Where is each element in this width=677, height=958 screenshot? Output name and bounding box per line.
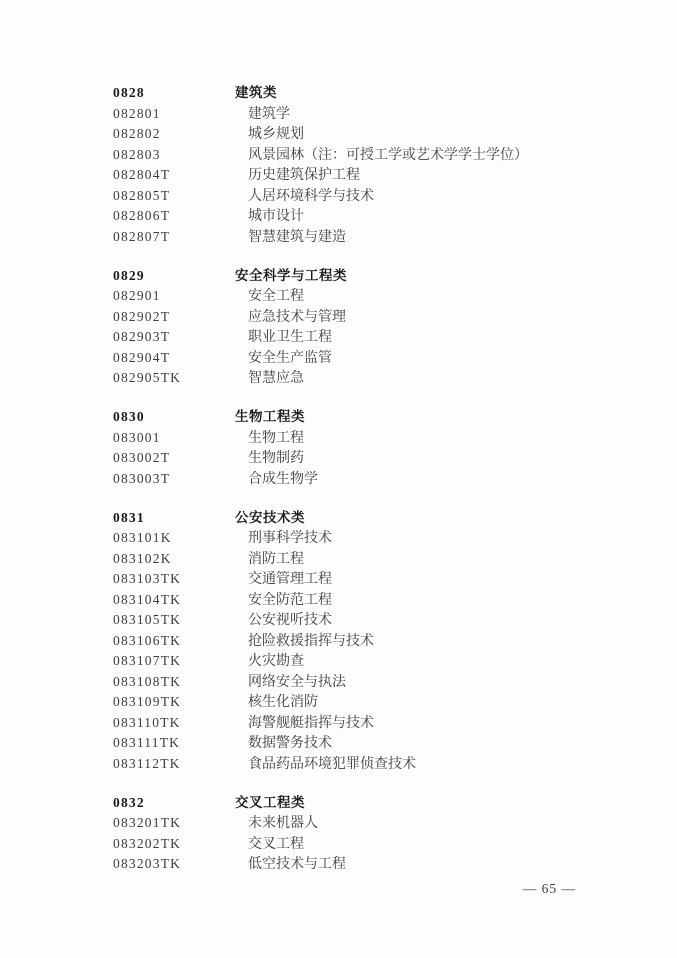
major-name: 人居环境科学与技术: [235, 187, 374, 208]
major-code: 082803: [113, 145, 235, 166]
major-name: 城市设计: [235, 207, 304, 228]
major-name: 合成生物学: [235, 470, 318, 491]
major-name: 历史建筑保护工程: [235, 166, 360, 187]
major-name: 智慧应急: [235, 369, 304, 390]
category-row: 0832交叉工程类: [113, 793, 637, 814]
major-row: 082807T智慧建筑与建造: [113, 227, 637, 248]
major-name: 数据警务技术: [235, 734, 332, 755]
major-row: 082903T职业卫生工程: [113, 327, 637, 348]
major-code: 082801: [113, 104, 235, 125]
major-name: 食品药品环境犯罪侦查技术: [235, 755, 416, 776]
major-code: 083202TK: [113, 834, 235, 855]
major-row: 083003T合成生物学: [113, 469, 637, 490]
major-code: 083001: [113, 428, 235, 449]
major-row: 083104TK安全防范工程: [113, 590, 637, 611]
major-row: 082901安全工程: [113, 286, 637, 307]
major-name: 低空技术与工程: [235, 855, 346, 876]
major-row: 082802城乡规划: [113, 124, 637, 145]
major-name: 职业卫生工程: [235, 328, 332, 349]
major-row: 082806T城市设计: [113, 206, 637, 227]
major-code: 083201TK: [113, 813, 235, 834]
major-code: 083104TK: [113, 590, 235, 611]
major-row: 083001生物工程: [113, 428, 637, 449]
major-category-section: 0830生物工程类083001生物工程083002T生物制药083003T合成生…: [113, 407, 637, 489]
major-name: 生物工程: [235, 429, 304, 450]
major-name: 火灾勘查: [235, 652, 304, 673]
category-row: 0830生物工程类: [113, 407, 637, 428]
major-name: 消防工程: [235, 550, 304, 571]
major-name: 生物制药: [235, 449, 304, 470]
major-code: 083003T: [113, 469, 235, 490]
major-row: 083107TK火灾勘查: [113, 651, 637, 672]
major-name: 海警舰艇指挥与技术: [235, 714, 374, 735]
category-row: 0829安全科学与工程类: [113, 266, 637, 287]
major-code: 083203TK: [113, 854, 235, 875]
major-row: 082904T安全生产监管: [113, 348, 637, 369]
category-name: 建筑类: [235, 83, 277, 104]
major-name: 交通管理工程: [235, 570, 332, 591]
major-code: 083107TK: [113, 651, 235, 672]
major-row: 083202TK交叉工程: [113, 834, 637, 855]
category-code: 0832: [113, 793, 235, 814]
major-name: 安全生产监管: [235, 349, 332, 370]
major-catalog-list: 0828建筑类082801建筑学082802城乡规划082803风景园林（注：可…: [113, 83, 637, 875]
major-code: 083102K: [113, 549, 235, 570]
major-name: 刑事科学技术: [235, 529, 332, 550]
category-name: 交叉工程类: [235, 793, 305, 814]
major-code: 083105TK: [113, 610, 235, 631]
major-row: 083106TK抢险救援指挥与技术: [113, 631, 637, 652]
major-row: 083103TK交通管理工程: [113, 569, 637, 590]
major-name: 应急技术与管理: [235, 308, 346, 329]
major-name: 未来机器人: [235, 814, 318, 835]
major-row: 082803风景园林（注：可授工学或艺术学学士学位）: [113, 145, 637, 166]
major-row: 083101K刑事科学技术: [113, 528, 637, 549]
major-code: 083002T: [113, 448, 235, 469]
major-name: 交叉工程: [235, 835, 304, 856]
major-code: 082903T: [113, 327, 235, 348]
major-code: 083103TK: [113, 569, 235, 590]
category-row: 0828建筑类: [113, 83, 637, 104]
major-code: 082901: [113, 286, 235, 307]
major-code: 083108TK: [113, 672, 235, 693]
major-code: 083112TK: [113, 754, 235, 775]
major-name: 抢险救援指挥与技术: [235, 632, 374, 653]
category-code: 0828: [113, 83, 235, 104]
category-row: 0831公安技术类: [113, 508, 637, 529]
category-name: 安全科学与工程类: [235, 266, 347, 287]
major-code: 082805T: [113, 186, 235, 207]
major-name: 建筑学: [235, 105, 290, 126]
category-name: 生物工程类: [235, 407, 305, 428]
category-code: 0831: [113, 508, 235, 529]
major-row: 083105TK公安视听技术: [113, 610, 637, 631]
major-row: 083109TK核生化消防: [113, 692, 637, 713]
major-name: 安全工程: [235, 287, 304, 308]
major-row: 083201TK未来机器人: [113, 813, 637, 834]
major-row: 083203TK低空技术与工程: [113, 854, 637, 875]
major-code: 083101K: [113, 528, 235, 549]
major-code: 082807T: [113, 227, 235, 248]
major-code: 082802: [113, 124, 235, 145]
major-code: 083111TK: [113, 733, 235, 754]
major-code: 082804T: [113, 165, 235, 186]
major-row: 083002T生物制药: [113, 448, 637, 469]
major-name: 风景园林（注：可授工学或艺术学学士学位）: [235, 146, 528, 167]
major-code: 082902T: [113, 307, 235, 328]
category-name: 公安技术类: [235, 508, 305, 529]
major-code: 083106TK: [113, 631, 235, 652]
major-row: 082805T人居环境科学与技术: [113, 186, 637, 207]
page-number: — 65 —: [523, 881, 576, 897]
category-code: 0830: [113, 407, 235, 428]
major-row: 082902T应急技术与管理: [113, 307, 637, 328]
major-row: 083112TK食品药品环境犯罪侦查技术: [113, 754, 637, 775]
major-name: 核生化消防: [235, 693, 318, 714]
major-row: 082905TK智慧应急: [113, 368, 637, 389]
major-code: 082904T: [113, 348, 235, 369]
major-code: 083109TK: [113, 692, 235, 713]
major-row: 083110TK海警舰艇指挥与技术: [113, 713, 637, 734]
major-name: 网络安全与执法: [235, 673, 346, 694]
document-page: 0828建筑类082801建筑学082802城乡规划082803风景园林（注：可…: [0, 0, 677, 958]
major-row: 082804T历史建筑保护工程: [113, 165, 637, 186]
major-name: 智慧建筑与建造: [235, 228, 346, 249]
category-code: 0829: [113, 266, 235, 287]
major-row: 082801建筑学: [113, 104, 637, 125]
major-category-section: 0832交叉工程类083201TK未来机器人083202TK交叉工程083203…: [113, 793, 637, 875]
major-name: 城乡规划: [235, 125, 304, 146]
major-category-section: 0829安全科学与工程类082901安全工程082902T应急技术与管理0829…: [113, 266, 637, 389]
major-code: 082905TK: [113, 368, 235, 389]
major-name: 公安视听技术: [235, 611, 332, 632]
major-code: 083110TK: [113, 713, 235, 734]
major-category-section: 0831公安技术类083101K刑事科学技术083102K消防工程083103T…: [113, 508, 637, 775]
major-name: 安全防范工程: [235, 591, 332, 612]
major-row: 083102K消防工程: [113, 549, 637, 570]
major-category-section: 0828建筑类082801建筑学082802城乡规划082803风景园林（注：可…: [113, 83, 637, 247]
major-row: 083108TK网络安全与执法: [113, 672, 637, 693]
major-row: 083111TK数据警务技术: [113, 733, 637, 754]
major-code: 082806T: [113, 206, 235, 227]
